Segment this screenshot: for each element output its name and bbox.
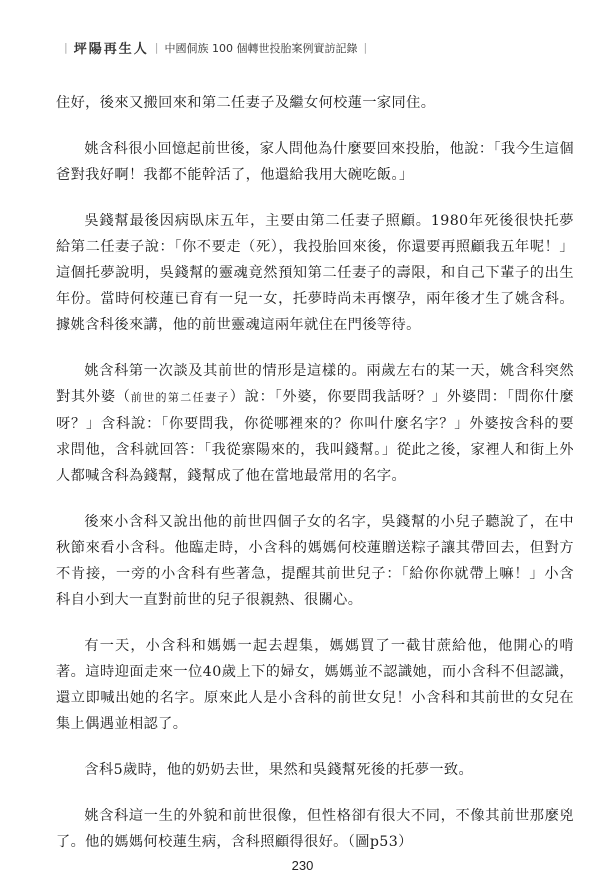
paragraph: 住好，後來又搬回來和第二任妻子及繼女何校蓮一家同住。	[56, 90, 574, 116]
book-title: 坪陽再生人	[74, 38, 149, 57]
paragraph: 姚含科這一生的外貌和前世很像，但性格卻有很大不同，不像其前世那麼兇了。他的媽媽何…	[56, 803, 574, 855]
paragraph: 後來小含科又說出他的前世四個子女的名字，吳錢幫的小兒子聽說了，在中秋節來看小含科…	[56, 509, 574, 613]
body-text: 住好，後來又搬回來和第二任妻子及繼女何校蓮一家同住。 姚含科很小回憶起前世後，家…	[56, 90, 574, 875]
paragraph: 姚含科第一次談及其前世的情形是這樣的。兩歲左右的某一天，姚含科突然對其外婆（前世…	[56, 358, 574, 489]
header-separator: |	[363, 41, 367, 54]
inline-note: 前世的第二任妻子	[131, 391, 230, 404]
page-number: 230	[0, 858, 605, 873]
running-header: | 坪陽再生人 | 中國侗族 100 個轉世投胎案例實訪記錄 |	[58, 38, 373, 57]
paragraph: 吳錢幫最後因病臥床五年，主要由第二任妻子照顧。1980年死後很快托夢給第二任妻子…	[56, 208, 574, 338]
book-subtitle: 中國侗族 100 個轉世投胎案例實訪記錄	[164, 40, 357, 56]
paragraph: 含科5歲時，他的奶奶去世，果然和吳錢幫死後的托夢一致。	[56, 757, 574, 783]
paragraph: 姚含科很小回憶起前世後，家人問他為什麼要回來投胎，他說：「我今生這個爸對我好啊！…	[56, 136, 574, 188]
header-separator: |	[155, 41, 159, 54]
header-separator: |	[64, 41, 68, 54]
paragraph: 有一天，小含科和媽媽一起去趕集，媽媽買了一截甘蔗給他，他開心的啃著。這時迎面走來…	[56, 633, 574, 737]
